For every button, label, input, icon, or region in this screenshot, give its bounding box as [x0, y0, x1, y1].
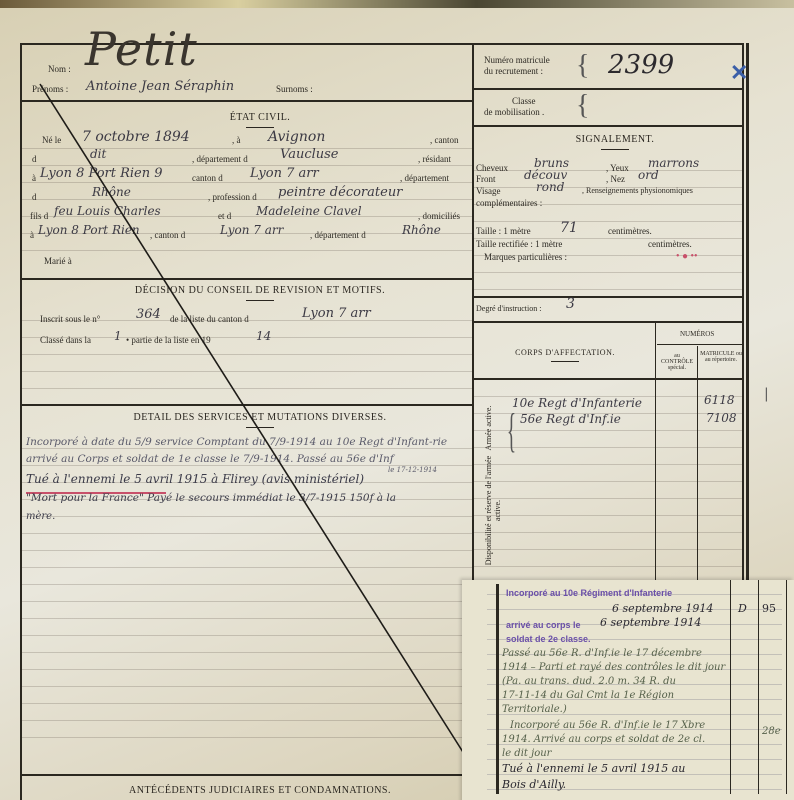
departement2-label: , département: [400, 173, 449, 183]
lieu-naissance: Avignon: [268, 129, 325, 145]
slip-line-3: (Pa. au trans. dud. 2.0 m. 34 R. du: [502, 676, 676, 687]
slip-line-2: 1914 – Parti et rayé des contrôles le di…: [502, 662, 725, 673]
slip-death-line-2: Bois d'Ailly.: [502, 778, 566, 791]
antecedents-heading: ANTÉCÉDENTS JUDICIAIRES ET CONDAMNATIONS…: [60, 785, 460, 800]
brace: {: [576, 90, 589, 122]
pasted-slip: Incorporé au 10e Régiment d'Infanterie 6…: [462, 580, 794, 800]
et-label: et d: [218, 211, 231, 221]
divider: [474, 296, 742, 298]
slip-col-d: D: [738, 602, 747, 615]
classe-mob-label-1: Classe: [512, 96, 536, 106]
slip-line-1: Passé au 56e R. d'Inf.ie le 17 décembre: [502, 648, 702, 659]
slip-col-num-2: 28e: [762, 726, 781, 737]
mere-value: Madeleine Clavel: [256, 204, 362, 218]
military-record-sheet: Petit Nom : Prénoms : Antoine Jean Sérap…: [0, 8, 794, 800]
slip-date-1: 6 septembre 1914: [612, 602, 713, 615]
decision-annee: 14: [256, 329, 271, 343]
divider: [758, 580, 759, 794]
divider: [697, 346, 698, 581]
slip-line-7: 1914. Arrivé au corps et soldat de 2e cl…: [502, 734, 705, 745]
divider: [22, 278, 472, 280]
classe-label: Classé dans la: [40, 335, 91, 345]
taille-value: 71: [560, 220, 578, 236]
divider: [730, 580, 731, 794]
profession-value: peintre décorateur: [278, 185, 402, 200]
ne-le-label: Né le: [42, 135, 61, 145]
residant-label: , résidant: [418, 154, 451, 164]
departement3-label: , département d: [310, 230, 366, 240]
marques-label: Marques particulières :: [484, 252, 567, 262]
departement3-value: Rhône: [402, 223, 441, 237]
cheveux-label: Cheveux: [476, 163, 508, 173]
partie-label: • partie de la liste en 19: [126, 335, 211, 345]
slip-line-4: 17-11-14 du Gal Cmt la 1e Région: [502, 690, 674, 701]
affectation-heading: CORPS D'AFFECTATION.: [490, 348, 640, 362]
profession-label: , profession d: [208, 192, 257, 202]
classe-partie: 1: [114, 329, 122, 343]
renseignements-label: , Renseignements physionomiques: [582, 186, 693, 195]
service-line-2: arrivé au Corps et soldat de 1e classe l…: [26, 453, 394, 465]
affectation-matricule-2: 7108: [706, 411, 737, 425]
service-line-3: Tué à l'ennemi le 5 avril 1915 à Flirey …: [26, 472, 364, 486]
brace: {: [507, 403, 516, 458]
service-line-4: "Mort pour la France" Payé le secours im…: [26, 492, 396, 504]
divider: [496, 584, 499, 794]
canton3-value: Lyon 7 arr: [220, 223, 283, 237]
yeux-label: , Yeux: [606, 163, 629, 173]
surnoms-label: Surnoms :: [276, 84, 313, 94]
numeros-heading: NUMÉROS: [680, 330, 714, 338]
visage-value: rond: [536, 180, 564, 194]
stamp-arrive: arrivé au corps le: [506, 620, 581, 630]
domicilies-label: , domiciliés: [418, 211, 460, 221]
centimetres-label-2: centimètres.: [648, 239, 692, 249]
nez-label: , Nez: [606, 174, 625, 184]
service-line-1: Incorporé à date du 5/9 service Comptant…: [26, 436, 447, 448]
canton-naissance: dit: [90, 147, 106, 161]
fils-label: fils d: [30, 211, 48, 221]
pencil-tick: |: [764, 386, 769, 402]
domicile-value: Lyon 8 Port Rien: [38, 223, 140, 237]
service-line-5: mère.: [26, 511, 55, 522]
surname-handwritten: Petit: [85, 22, 198, 76]
red-ink-spots: • ● ••: [676, 251, 698, 262]
disponibilite-label: Disponibilité et réserve de l'armée acti…: [484, 453, 502, 568]
residence-value: Lyon 8 Port Rien 9: [40, 166, 163, 181]
divider: [474, 88, 742, 90]
nez-value: ord: [638, 168, 659, 182]
col-controle-header: au CONTRÔLE spécial.: [658, 353, 696, 371]
taille-rectifiee-label: Taille rectifiée : 1 mètre: [476, 239, 562, 249]
nom-label: Nom :: [48, 64, 71, 74]
degre-value: 3: [566, 296, 575, 312]
centimetres-label: centimètres.: [608, 226, 652, 236]
d-label: d: [32, 154, 37, 164]
taille-label: Taille : 1 mètre: [476, 226, 531, 236]
canton-label: , canton: [430, 135, 459, 145]
affectation-corps-2: 56e Regt d'Inf.ie: [520, 412, 621, 426]
slip-line-5: Territoriale.): [502, 704, 567, 715]
signalement-heading: SIGNALEMENT.: [560, 134, 670, 150]
sheet-edge-line: [746, 43, 749, 583]
liste-label: de la liste du canton d: [170, 314, 249, 324]
slip-col-num: 95: [762, 602, 776, 615]
residence-prefix: à: [32, 173, 36, 183]
date-naissance: 7 octobre 1894: [82, 129, 190, 145]
visage-label: Visage: [476, 186, 500, 196]
departement2-value: Rhône: [92, 185, 131, 199]
canton3-label: , canton d: [150, 230, 185, 240]
canton2-value: Lyon 7 arr: [250, 166, 319, 181]
divider: [22, 404, 472, 406]
numero-label-2: du recrutement :: [484, 66, 543, 76]
divider: [22, 100, 472, 102]
a-label: , à: [232, 135, 241, 145]
divider: [474, 378, 742, 380]
col-matricule-header: MATRICULE ou au répertoire.: [700, 351, 742, 363]
classe-mob-label-2: de mobilisation .: [484, 107, 544, 117]
armee-active-label: Armée active.: [484, 403, 493, 453]
degre-label: Degré d'instruction :: [476, 304, 541, 313]
inscrit-num: 364: [136, 307, 161, 322]
pere-value: feu Louis Charles: [54, 204, 161, 218]
slip-date-2: 6 septembre 1914: [600, 616, 701, 629]
d2-label: d: [32, 192, 37, 202]
divider: [474, 125, 742, 127]
prenoms-label: Prénoms :: [32, 84, 68, 94]
complementaires-label: complémentaires :: [476, 198, 542, 208]
divider: [474, 321, 742, 323]
canton2-label: canton d: [192, 173, 223, 183]
decision-canton: Lyon 7 arr: [302, 306, 371, 321]
etat-civil-heading: ÉTAT CIVIL.: [200, 112, 320, 128]
matricule-number: 2399: [608, 50, 674, 80]
divider: [655, 323, 656, 581]
prenoms-value: Antoine Jean Séraphin: [86, 79, 234, 94]
stamp-soldat: soldat de 2e classe.: [506, 634, 591, 644]
divider: [786, 580, 787, 794]
affectation-corps-1: 10e Regt d'Infanterie: [512, 396, 642, 410]
divider: [22, 774, 472, 776]
affectation-matricule-1: 6118: [704, 393, 735, 407]
marie-label: Marié à: [44, 256, 72, 266]
slip-line-8: le dit jour: [502, 748, 551, 759]
decision-heading: DÉCISION DU CONSEIL DE REVISION ET MOTIF…: [60, 285, 460, 301]
divider: [657, 344, 742, 345]
brace: {: [576, 50, 589, 82]
slip-death-line-1: Tué à l'ennemi le 5 avril 1915 au: [502, 762, 685, 775]
inscrit-label: Inscrit sous le n°: [40, 314, 100, 324]
front-label: Front: [476, 174, 496, 184]
numero-label-1: Numéro matricule: [484, 55, 550, 65]
services-heading: DETAIL DES SERVICES ET MUTATIONS DIVERSE…: [60, 412, 460, 428]
departement-label: , département d: [192, 154, 248, 164]
stamp-incorpore: Incorporé au 10e Régiment d'Infanterie: [506, 588, 672, 598]
domicile-prefix: à: [30, 230, 34, 240]
service-interline-note: le 17-12-1914: [388, 466, 437, 474]
departement-naissance: Vaucluse: [280, 147, 339, 162]
slip-line-6: Incorporé au 56e R. d'Inf.ie le 17 Xbre: [510, 720, 705, 731]
